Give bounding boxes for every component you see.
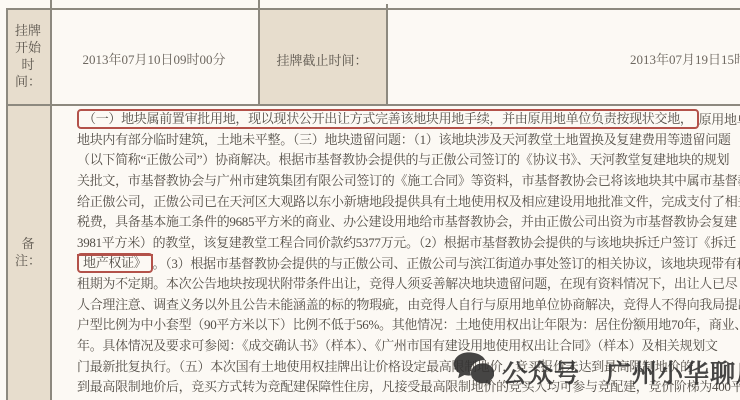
remarks-label: 备 注： (6, 235, 50, 269)
remarks-line-1: （一）地块属前置审批用地，现以现状公开出让方式完善该地块用地手续，并由原用地单位… (77, 109, 740, 130)
remarks-line-3: （以下简称“正傲公司”）协商解决。根据市基督教协会提供的与正傲公司签订的《协议书… (77, 150, 740, 171)
grid-line-col3 (386, 4, 388, 106)
remarks-line-4: 关批文，市基督教协会与广州市建筑集团有限公司签订的《施工合同》等资料，市基督教协… (77, 171, 740, 192)
watermark: 公众号 广州小华聊房 (452, 350, 740, 393)
listing-start-time-value: 2013年07月10日09时00分 (50, 49, 258, 68)
remarks-text: 原用地单 (699, 112, 740, 127)
watermark-account-type: 公众号 (502, 354, 580, 390)
remarks-text: 。（3）根据市基督教协会提供的与正傲公司、正傲公司与滨江街道办事处签订的相关协议… (153, 256, 740, 271)
remarks-text: 的教堂，该复建教堂工程合同价款约5377万元。（2）根据市基督教协会提供的与该地… (153, 235, 736, 250)
watermark-account-name: 广州小华聊房 (606, 354, 740, 390)
remarks-line-2: 地块内有部分临时建筑，土地未平整。（三）地块遗留问题：（1）该地块涉及天河教堂土… (77, 130, 740, 151)
remarks-line-10: 人合理注意、调查义务以外且公告未能涵盖的标的物瑕疵，由竞得人自行与原用地单位协商… (77, 295, 740, 316)
remarks-line-6: 税费，具备基本施工条件的9685平方米的商业、办公建设用地给市基督教协会，并由正… (77, 212, 740, 233)
remarks-line-5: 给正傲公司，正傲公司已在天河区大观路以东小新塘地段提供具有土地使用权及相应建设用… (77, 192, 740, 213)
remarks-line-7: 3981平方米）的教堂，该复建教堂工程合同价款约5377万元。（2）根据市基督教… (77, 233, 740, 254)
grid-line-row-divider (6, 104, 740, 106)
listing-end-time-value: 2013年07月19日15时 (630, 49, 740, 68)
grid-line-top (6, 8, 740, 10)
listing-start-time-label: 挂牌 开始 时 间： (6, 22, 50, 90)
remarks-line-9: 租期为不定期。本次公告地块按现状附带条件出让，竞得人须妥善解决地块遗留问题，在现… (77, 274, 740, 295)
wechat-bubbles-icon (452, 350, 494, 393)
red-highlight-box: 地产权证》 (77, 253, 153, 273)
land-listing-document: 挂牌 开始 时 间： 2013年07月10日09时00分 挂牌截止时间： 201… (0, 0, 740, 400)
red-underline-highlight: 3981平方米） (77, 233, 153, 256)
red-highlight-box: （一）地块属前置审批用地，现以现状公开出让方式完善该地块用地手续，并由原用地单位… (77, 109, 699, 129)
remarks-line-11: 户型比例为中小套型（90平方米以下）比例不低于56%。其他情况：土地使用权出让年… (77, 315, 740, 336)
listing-end-time-label: 挂牌截止时间： (258, 50, 386, 69)
remarks-line-8: 地产权证》。（3）根据市基督教协会提供的与正傲公司、正傲公司与滨江街道办事处签订… (77, 253, 740, 274)
